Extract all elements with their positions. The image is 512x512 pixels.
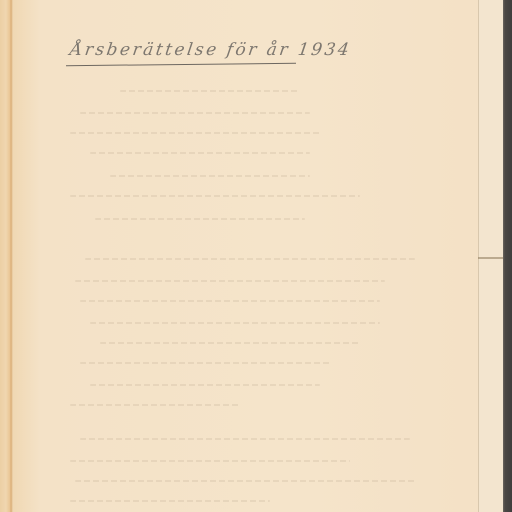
background-edge [503, 0, 512, 512]
bleed-through-text [0, 0, 478, 512]
page-title: Årsberättelse för år 1934 [69, 40, 353, 60]
fold-mark [478, 257, 503, 259]
right-margin-lines [479, 0, 503, 512]
right-margin [478, 0, 503, 512]
notebook-page: Årsberättelse för år 1934 [0, 0, 503, 512]
